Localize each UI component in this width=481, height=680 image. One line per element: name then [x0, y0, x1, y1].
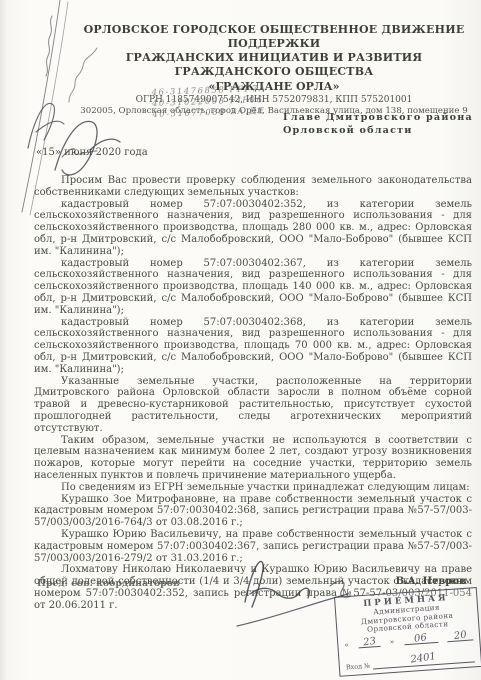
- letter-date: «15» июня 2020 года: [36, 147, 148, 158]
- org-title-line-1: ОРЛОВСКОЕ ГОРОДСКОЕ ОБЩЕСТВЕННОЕ ДВИЖЕНИ…: [68, 23, 480, 51]
- signer-role: Пред. сов. координаторов: [37, 578, 180, 589]
- handwritten-scribble: [28, 103, 64, 148]
- paragraph-owner-2: Курашко Юрию Васильевичу, на праве собст…: [34, 529, 472, 564]
- recipient-line-2: Орловской области: [283, 124, 473, 137]
- stamp-quote-close: »: [389, 637, 394, 646]
- recipient-block: Главе Дмитровского района Орловской обла…: [283, 111, 473, 137]
- paragraph-request: Просим Вас провести проверку соблюдения …: [34, 175, 472, 199]
- handwritten-notes: 46-31476858 FFF7А 40-31022008 FIF06 40-5…: [151, 83, 267, 120]
- stamp-year-handwritten: 20: [453, 630, 467, 641]
- recipient-line-1: Главе Дмитровского района: [283, 111, 473, 124]
- paragraph-parcel-352: кадастровый номер 57:07:0030402:352, из …: [34, 199, 472, 258]
- paragraph-conclusion: Таким образом, земельные участки не испо…: [34, 435, 472, 482]
- stamp-day-handwritten: 23: [362, 637, 376, 648]
- org-short-name: «ГРАЖДАНЕ ОРЛА»: [68, 80, 480, 93]
- org-registration-line: ОГРН 1185749007542, ИНН 5752079831, КПП …: [68, 94, 480, 106]
- paragraph-egrn-intro: По сведениям из ЕГРН земельные участки п…: [34, 482, 472, 494]
- letterhead: ОРЛОВСКОЕ ГОРОДСКОЕ ОБЩЕСТВЕННОЕ ДВИЖЕНИ…: [68, 23, 480, 117]
- stamp-reg-label: Вход №: [346, 661, 371, 671]
- incoming-registration-stamp: ПРИЕМНАЯ Администрация Дмитровского райо…: [334, 587, 481, 677]
- paragraph-parcel-368: кадастровый номер 57:07:0030402:368, из …: [34, 317, 472, 376]
- scanned-letter-page: ОРЛОВСКОЕ ГОРОДСКОЕ ОБЩЕСТВЕННОЕ ДВИЖЕНИ…: [0, 0, 481, 680]
- stamp-month-handwritten: 06: [414, 633, 428, 644]
- stamp-reg-number-handwritten: 2401: [410, 652, 436, 664]
- paragraph-owner-1: Курашко Зое Митрофановне, на праве собст…: [34, 494, 472, 529]
- stamp-quote-open: «: [344, 640, 349, 649]
- letter-body: Просим Вас провести проверку соблюдения …: [34, 175, 472, 611]
- paragraph-parcel-367: кадастровый номер 57:07:0030402:367, из …: [34, 258, 472, 317]
- paragraph-condition: Указанные земельные участки, расположенн…: [34, 376, 472, 435]
- handwritten-scribble: [46, 16, 52, 76]
- signer-name: В.А. Невров: [396, 576, 466, 587]
- org-title-line-2: ГРАЖДАНСКИХ ИНИЦИАТИВ И РАЗВИТИЯ ГРАЖДАН…: [68, 51, 480, 79]
